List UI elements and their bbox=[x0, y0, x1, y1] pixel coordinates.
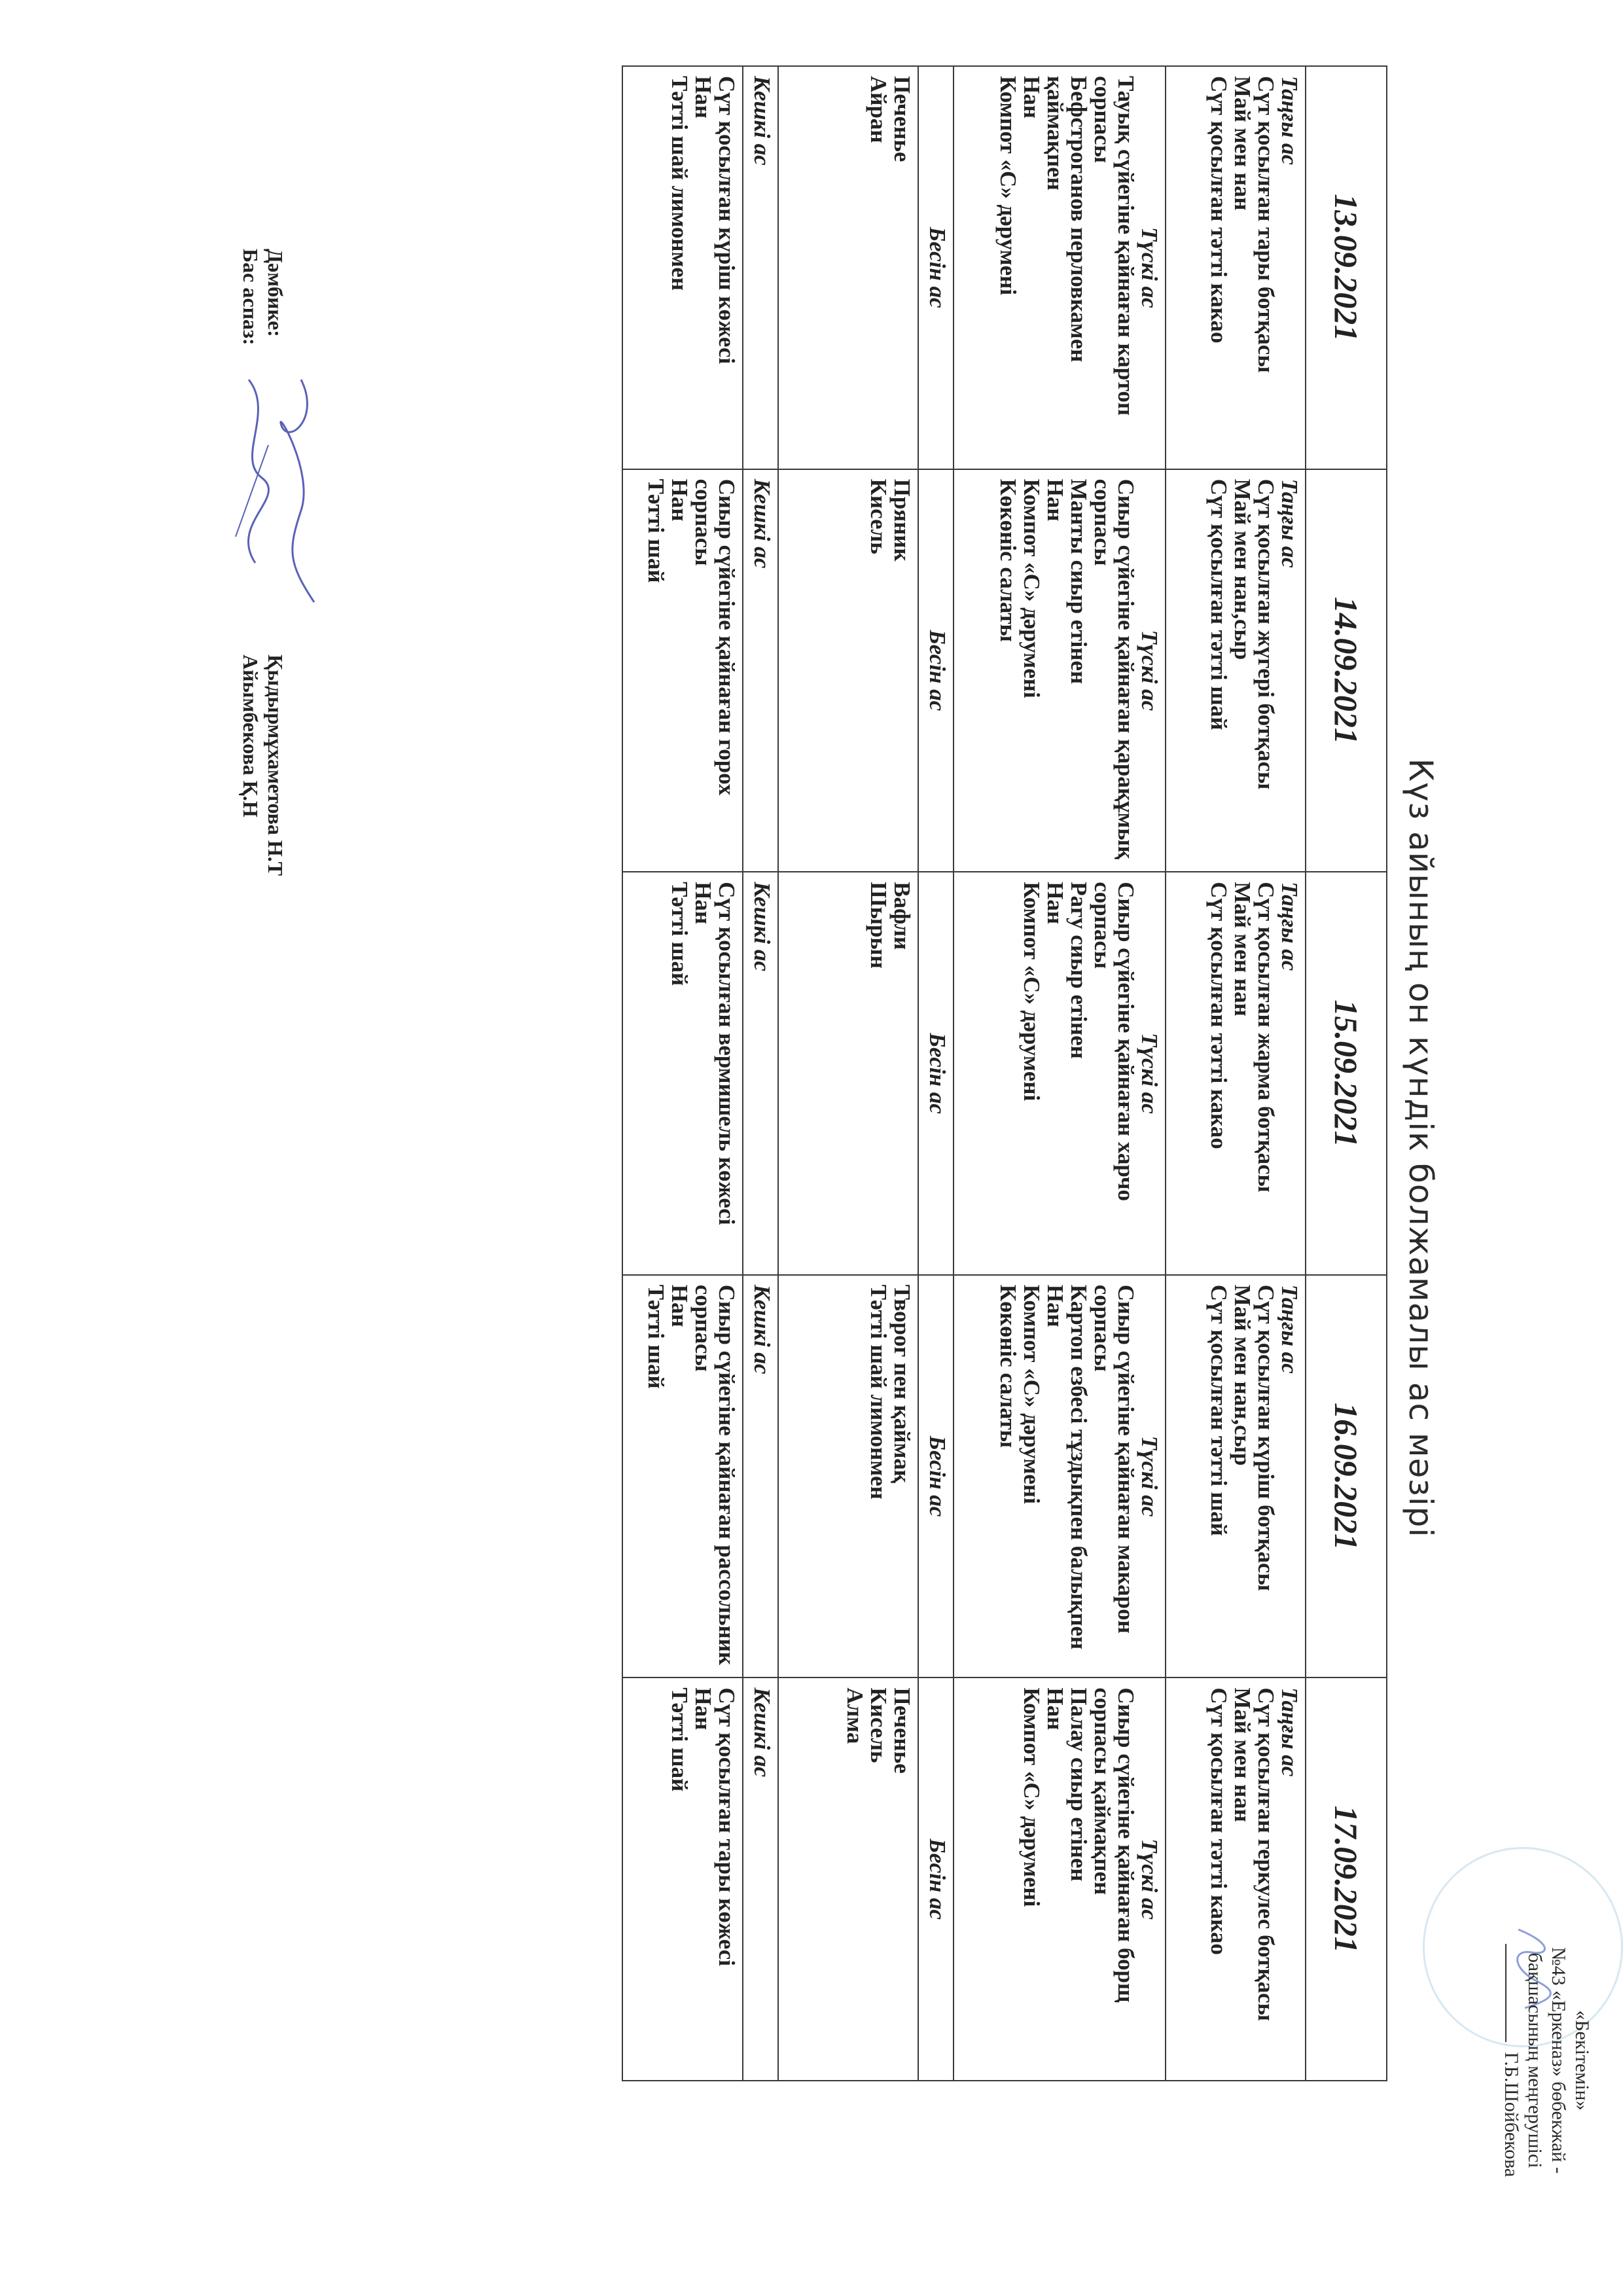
dish-item: Май мен нан bbox=[1230, 882, 1254, 1265]
snack-header-cell: Бесін ас bbox=[918, 1677, 954, 2081]
signature-name: Қыдырмұхаметова Н.Т bbox=[263, 655, 288, 876]
dish-item: Сүт қосылған тәтті какао bbox=[1207, 882, 1230, 1265]
meal-label-dinner: Кешкі ас bbox=[750, 479, 774, 863]
snack-header-cell: Бесін ас bbox=[918, 469, 954, 872]
dish-item: Сүт қосылған тары көжесі bbox=[715, 1687, 738, 2071]
meal-label-lunch: Түскі ас bbox=[1137, 1285, 1161, 1668]
dinner-cell: Сиыр сүйегіне қайнаған рассольник сорпас… bbox=[622, 1275, 743, 1678]
menu-table: 13.09.202114.09.202115.09.202116.09.2021… bbox=[622, 65, 1387, 2081]
breakfast-cell: Таңғы асСүт қосылған тары ботқасыМай мен… bbox=[1166, 66, 1306, 469]
signature-role: Бас аспаз: bbox=[238, 249, 263, 655]
dish-item: Нан bbox=[668, 1285, 691, 1668]
lunch-row: Түскі асТауық сүйегіне қайнаған картоп с… bbox=[954, 66, 1166, 2081]
dish-item: Көкөніс салаты bbox=[996, 479, 1020, 863]
dish-item: Сиыр сүйегіне қайнаған горох сорпасы bbox=[691, 479, 738, 863]
signature-row: Бас аспаз: Айымбекова Қ.Н bbox=[238, 249, 263, 876]
meal-label-dinner: Кешкі ас bbox=[750, 76, 774, 459]
signatures-block: Дәмбике: Қыдырмұхаметова Н.Т Бас аспаз: … bbox=[238, 249, 288, 876]
dish-item: Нан bbox=[1043, 882, 1067, 1265]
meal-label-snack: Бесін ас bbox=[925, 1687, 949, 2071]
dish-item: Нан bbox=[691, 1687, 715, 2071]
meal-label-dinner: Кешкі ас bbox=[750, 1687, 774, 2071]
dish-item: Компот «С» дәрумені bbox=[1020, 882, 1043, 1265]
dish-item: Тәтті шай bbox=[644, 479, 668, 863]
snack-cell: ПеченьеАйран bbox=[778, 66, 918, 469]
dish-item: Нан bbox=[1020, 76, 1043, 459]
dish-item: Картоп езбесі тұздықпен балықпен bbox=[1067, 1285, 1090, 1668]
meal-label-dinner: Кешкі ас bbox=[750, 882, 774, 1265]
dish-item: Кисель bbox=[866, 479, 890, 863]
approval-signatory: Г.Б.Шойбекова bbox=[1501, 2052, 1522, 2177]
dinner-header-row: Кешкі асКешкі асКешкі асКешкі асКешкі ас bbox=[743, 66, 778, 2081]
snack-header-row: Бесін асБесін асБесін асБесін асБесін ас bbox=[918, 66, 954, 2081]
snack-row: ПеченьеАйранПряникКисельВафлиШырынТворог… bbox=[778, 66, 918, 2081]
approval-signature-line bbox=[1505, 1944, 1507, 2042]
dish-item: Нан bbox=[1043, 1285, 1067, 1668]
dish-item: Палау сиыр етінен bbox=[1067, 1687, 1090, 2071]
snack-cell: Творог пен қаймақТәтті шай лимонмен bbox=[778, 1275, 918, 1678]
meal-label-breakfast: Таңғы ас bbox=[1277, 479, 1301, 863]
dish-item: Май мен нан bbox=[1230, 76, 1254, 459]
dish-item: Тәтті шай bbox=[668, 882, 691, 1265]
dish-item: Нан bbox=[668, 479, 691, 863]
meal-label-breakfast: Таңғы ас bbox=[1277, 1687, 1301, 2071]
dish-item: Сиыр сүйегіне қайнаған рассольник сорпас… bbox=[691, 1285, 738, 1668]
page-title: Күз айының он күндік болжамалы ас мәзірі bbox=[1402, 0, 1440, 2296]
dish-item: Нан bbox=[1043, 479, 1067, 863]
dish-item: Сүт қосылған тәтті шай bbox=[1207, 479, 1230, 863]
meal-label-breakfast: Таңғы ас bbox=[1277, 882, 1301, 1265]
dish-item: Май мен нан,сыр bbox=[1230, 1285, 1254, 1668]
dinner-cell: Сиыр сүйегіне қайнаған горох сорпасыНанТ… bbox=[622, 469, 743, 872]
dish-item: Сиыр сүйегіне қайнаған харчо сорпасы bbox=[1090, 882, 1137, 1265]
approval-label: «Бекітемін» bbox=[1570, 1923, 1594, 2198]
breakfast-cell: Таңғы асСүт қосылған жарма ботқасыМай ме… bbox=[1166, 872, 1306, 1275]
dish-item: Компот «С» дәрумені bbox=[996, 76, 1020, 459]
dish-item: Нан bbox=[691, 882, 715, 1265]
dinner-header-cell: Кешкі ас bbox=[743, 1677, 778, 2081]
day-date: 14.09.2021 bbox=[1306, 469, 1387, 872]
dish-item: Пряник bbox=[890, 479, 914, 863]
day-date: 15.09.2021 bbox=[1306, 872, 1387, 1275]
snack-cell: ПеченьеКисельАлма bbox=[778, 1677, 918, 2081]
approval-block: «Бекітемін» №43 «Еркеназ» бөбекжай - бақ… bbox=[1499, 1923, 1594, 2198]
dinner-cell: Сүт қосылған вермишель көжесіНанТәтті ша… bbox=[622, 872, 743, 1275]
signature-name: Айымбекова Қ.Н bbox=[238, 655, 263, 817]
dish-item: Май мен нан bbox=[1230, 1687, 1254, 2071]
breakfast-cell: Таңғы асСүт қосылған жүгері ботқасыМай м… bbox=[1166, 469, 1306, 872]
dish-item: Печенье bbox=[890, 76, 914, 459]
dish-item: Алма bbox=[843, 1687, 866, 2071]
menu-sheet: «Бекітемін» №43 «Еркеназ» бөбекжай - бақ… bbox=[0, 0, 1623, 2296]
dish-item: Май мен нан,сыр bbox=[1230, 479, 1254, 863]
day-date: 13.09.2021 bbox=[1306, 66, 1387, 469]
lunch-cell: Түскі асСиыр сүйегіне қайнаған қарақұмық… bbox=[954, 469, 1166, 872]
dish-item: Бефстроганов перловкамен қаймақпен bbox=[1043, 76, 1090, 459]
breakfast-cell: Таңғы асСүт қосылған күріш ботқасыМай ме… bbox=[1166, 1275, 1306, 1678]
dish-item: Компот «С» дәрумені bbox=[1020, 479, 1043, 863]
dinner-header-cell: Кешкі ас bbox=[743, 469, 778, 872]
dish-item: Сүт қосылған тәтті шай bbox=[1207, 1285, 1230, 1668]
dinner-header-cell: Кешкі ас bbox=[743, 66, 778, 469]
breakfast-cell: Таңғы асСүт қосылған геркулес ботқасыМай… bbox=[1166, 1677, 1306, 2081]
lunch-cell: Түскі асСиыр сүйегіне қайнаған макарон с… bbox=[954, 1275, 1166, 1678]
lunch-cell: Түскі асТауық сүйегіне қайнаған картоп с… bbox=[954, 66, 1166, 469]
dish-item: Сүт қосылған күріш ботқасы bbox=[1254, 1285, 1277, 1668]
date-header-row: 13.09.202114.09.202115.09.202116.09.2021… bbox=[1306, 66, 1387, 2081]
meal-label-breakfast: Таңғы ас bbox=[1277, 1285, 1301, 1668]
dish-item: Печенье bbox=[890, 1687, 914, 2071]
dish-item: Сүт қосылған геркулес ботқасы bbox=[1254, 1687, 1277, 2071]
dinner-row: Сүт қосылған күріш көжесіНанТәтті шай ли… bbox=[622, 66, 743, 2081]
dish-item: Сүт қосылған тәтті какао bbox=[1207, 1687, 1230, 2071]
dish-item: Манты сиыр етінен bbox=[1067, 479, 1090, 863]
day-date: 16.09.2021 bbox=[1306, 1275, 1387, 1678]
dish-item: Сүт қосылған жүгері ботқасы bbox=[1254, 479, 1277, 863]
dish-item: Сүт қосылған тары ботқасы bbox=[1254, 76, 1277, 459]
meal-label-lunch: Түскі ас bbox=[1137, 1687, 1161, 2071]
meal-label-lunch: Түскі ас bbox=[1137, 479, 1161, 863]
dish-item: Сиыр сүйегіне қайнаған борщ сорпасы қайм… bbox=[1090, 1687, 1137, 2071]
dish-item: Компот «С» дәрумені bbox=[1020, 1285, 1043, 1668]
dish-item: Рагу сиыр етінен bbox=[1067, 882, 1090, 1265]
dish-item: Нан bbox=[1043, 1687, 1067, 2071]
dish-item: Сүт қосылған тәтті какао bbox=[1207, 76, 1230, 459]
meal-label-snack: Бесін ас bbox=[925, 76, 949, 459]
dish-item: Тәтті шай лимонмен bbox=[668, 76, 691, 459]
dinner-cell: Сүт қосылған тары көжесіНанТәтті шай bbox=[622, 1677, 743, 2081]
dish-item: Сүт қосылған вермишель көжесі bbox=[715, 882, 738, 1265]
meal-label-lunch: Түскі ас bbox=[1137, 76, 1161, 459]
snack-header-cell: Бесін ас bbox=[918, 872, 954, 1275]
dish-item: Тәтті шай bbox=[644, 1285, 668, 1668]
dish-item: Нан bbox=[691, 76, 715, 459]
breakfast-row: Таңғы асСүт қосылған тары ботқасыМай мен… bbox=[1166, 66, 1306, 2081]
dinner-header-cell: Кешкі ас bbox=[743, 872, 778, 1275]
snack-header-cell: Бесін ас bbox=[918, 66, 954, 469]
signature-row: Дәмбике: Қыдырмұхаметова Н.Т bbox=[263, 249, 288, 876]
dinner-cell: Сүт қосылған күріш көжесіНанТәтті шай ли… bbox=[622, 66, 743, 469]
dish-item: Вафли bbox=[890, 882, 914, 1265]
meal-label-dinner: Кешкі ас bbox=[750, 1285, 774, 1668]
snack-cell: ВафлиШырын bbox=[778, 872, 918, 1275]
dinner-header-cell: Кешкі ас bbox=[743, 1275, 778, 1678]
lunch-cell: Түскі асСиыр сүйегіне қайнаған борщ сорп… bbox=[954, 1677, 1166, 2081]
dish-item: Сиыр сүйегіне қайнаған қарақұмық сорпасы bbox=[1090, 479, 1137, 863]
snack-cell: ПряникКисель bbox=[778, 469, 918, 872]
dish-item: Кисель bbox=[866, 1687, 890, 2071]
dish-item: Тәтті шай bbox=[668, 1687, 691, 2071]
approval-org: №43 «Еркеназ» бөбекжай - бақшасының меңг… bbox=[1523, 1923, 1570, 2198]
dish-item: Тәтті шай лимонмен bbox=[866, 1285, 890, 1668]
dish-item: Сиыр сүйегіне қайнаған макарон сорпасы bbox=[1090, 1285, 1137, 1668]
dish-item: Сүт қосылған жарма ботқасы bbox=[1254, 882, 1277, 1265]
dish-item: Айран bbox=[866, 76, 890, 459]
lunch-cell: Түскі асСиыр сүйегіне қайнаған харчо сор… bbox=[954, 872, 1166, 1275]
meal-label-breakfast: Таңғы ас bbox=[1277, 76, 1301, 459]
signature-role: Дәмбике: bbox=[263, 249, 288, 655]
dish-item: Тауық сүйегіне қайнаған картоп сорпасы bbox=[1090, 76, 1137, 459]
day-date: 17.09.2021 bbox=[1306, 1677, 1387, 2081]
dish-item: Компот «С» дәрумені bbox=[1020, 1687, 1043, 2071]
dish-item: Көкөніс салаты bbox=[996, 1285, 1020, 1668]
snack-header-cell: Бесін ас bbox=[918, 1275, 954, 1678]
meal-label-snack: Бесін ас bbox=[925, 1285, 949, 1668]
dish-item: Сүт қосылған күріш көжесі bbox=[715, 76, 738, 459]
dish-item: Творог пен қаймақ bbox=[890, 1285, 914, 1668]
meal-label-snack: Бесін ас bbox=[925, 882, 949, 1265]
meal-label-lunch: Түскі ас bbox=[1137, 882, 1161, 1265]
dish-item: Шырын bbox=[866, 882, 890, 1265]
meal-label-snack: Бесін ас bbox=[925, 479, 949, 863]
